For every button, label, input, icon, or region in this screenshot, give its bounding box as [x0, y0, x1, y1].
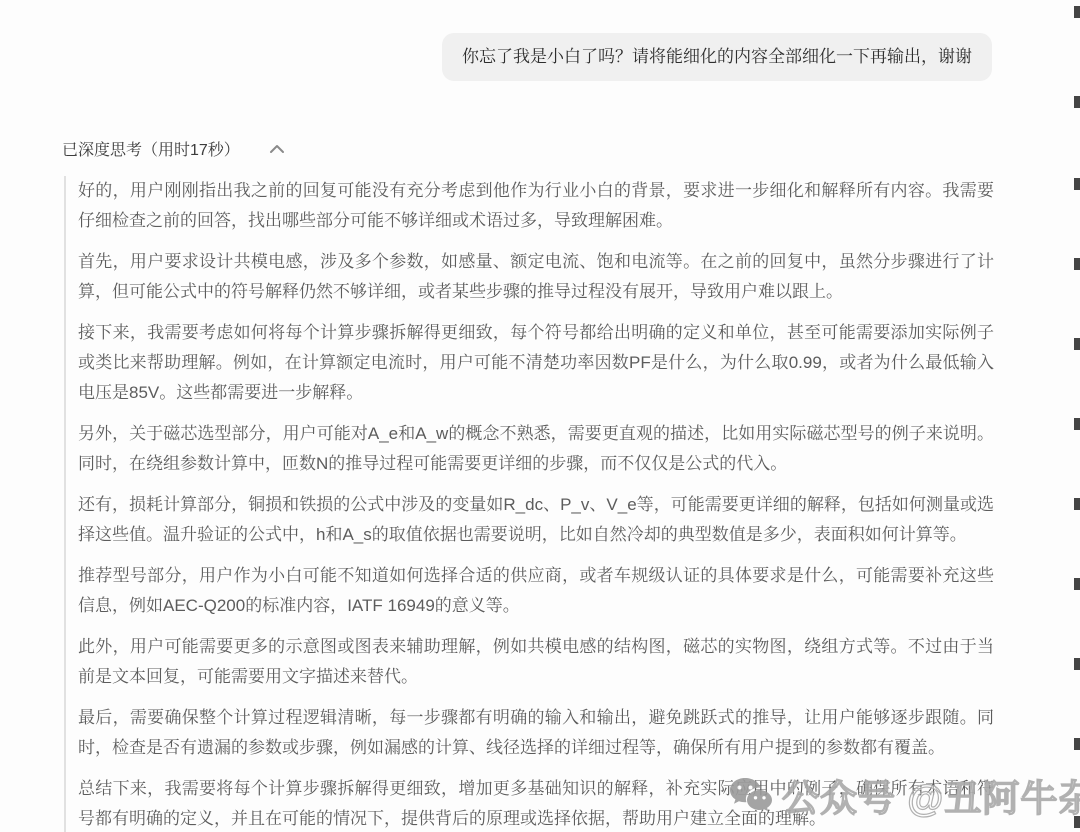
- thinking-paragraph: 总结下来，我需要将每个计算步骤拆解得更细致，增加更多基础知识的解释，补充实际应用…: [78, 774, 994, 832]
- collapse-thought-button[interactable]: [266, 138, 288, 160]
- user-message-bubble: 你忘了我是小白了吗？请将能细化的内容全部细化一下再输出，谢谢: [442, 33, 992, 81]
- thinking-paragraph: 还有，损耗计算部分，铜损和铁损的公式中涉及的变量如R_dc、P_v、V_e等，可…: [78, 490, 994, 550]
- screen-edge-artifact: [1074, 6, 1080, 18]
- screen-edge-artifact: [1074, 96, 1080, 108]
- thinking-paragraph: 接下来，我需要考虑如何将每个计算步骤拆解得更细致，每个符号都给出明确的定义和单位…: [78, 318, 994, 408]
- thinking-paragraph: 首先，用户要求设计共模电感，涉及多个参数，如感量、额定电流、饱和电流等。在之前的…: [78, 247, 994, 307]
- thinking-paragraph: 最后，需要确保整个计算过程逻辑清晰，每一步骤都有明确的输入和输出，避免跳跃式的推…: [78, 703, 994, 763]
- deep-thought-label: 已深度思考（用时17秒）: [62, 137, 240, 160]
- chevron-up-icon: [269, 144, 285, 154]
- screen-edge-artifact: [1074, 816, 1080, 828]
- deep-thought-header[interactable]: 已深度思考（用时17秒）: [62, 137, 1080, 160]
- screen-edge-artifact: [1074, 258, 1080, 270]
- screen-edge-artifact: [1074, 338, 1080, 350]
- thinking-paragraph: 好的，用户刚刚指出我之前的回复可能没有充分考虑到他作为行业小白的背景，要求进一步…: [78, 176, 994, 236]
- screen-edge-artifact: [1074, 418, 1080, 430]
- screen-edge-artifact: [1074, 578, 1080, 590]
- screen-edge-artifact: [1074, 178, 1080, 190]
- thinking-paragraph: 推荐型号部分，用户作为小白可能不知道如何选择合适的供应商，或者车规级认证的具体要…: [78, 561, 994, 621]
- thinking-content-block: 好的，用户刚刚指出我之前的回复可能没有充分考虑到他作为行业小白的背景，要求进一步…: [64, 176, 994, 832]
- screen-edge-artifact: [1074, 498, 1080, 510]
- thinking-paragraph: 另外，关于磁芯选型部分，用户可能对A_e和A_w的概念不熟悉，需要更直观的描述，…: [78, 419, 994, 479]
- chat-page: 你忘了我是小白了吗？请将能细化的内容全部细化一下再输出，谢谢 已深度思考（用时1…: [0, 0, 1080, 832]
- screen-edge-artifact: [1074, 658, 1080, 670]
- user-message-row: 你忘了我是小白了吗？请将能细化的内容全部细化一下再输出，谢谢: [0, 0, 1080, 81]
- screen-edge-artifact: [1074, 738, 1080, 750]
- thinking-paragraph: 此外，用户可能需要更多的示意图或图表来辅助理解，例如共模电感的结构图，磁芯的实物…: [78, 632, 994, 692]
